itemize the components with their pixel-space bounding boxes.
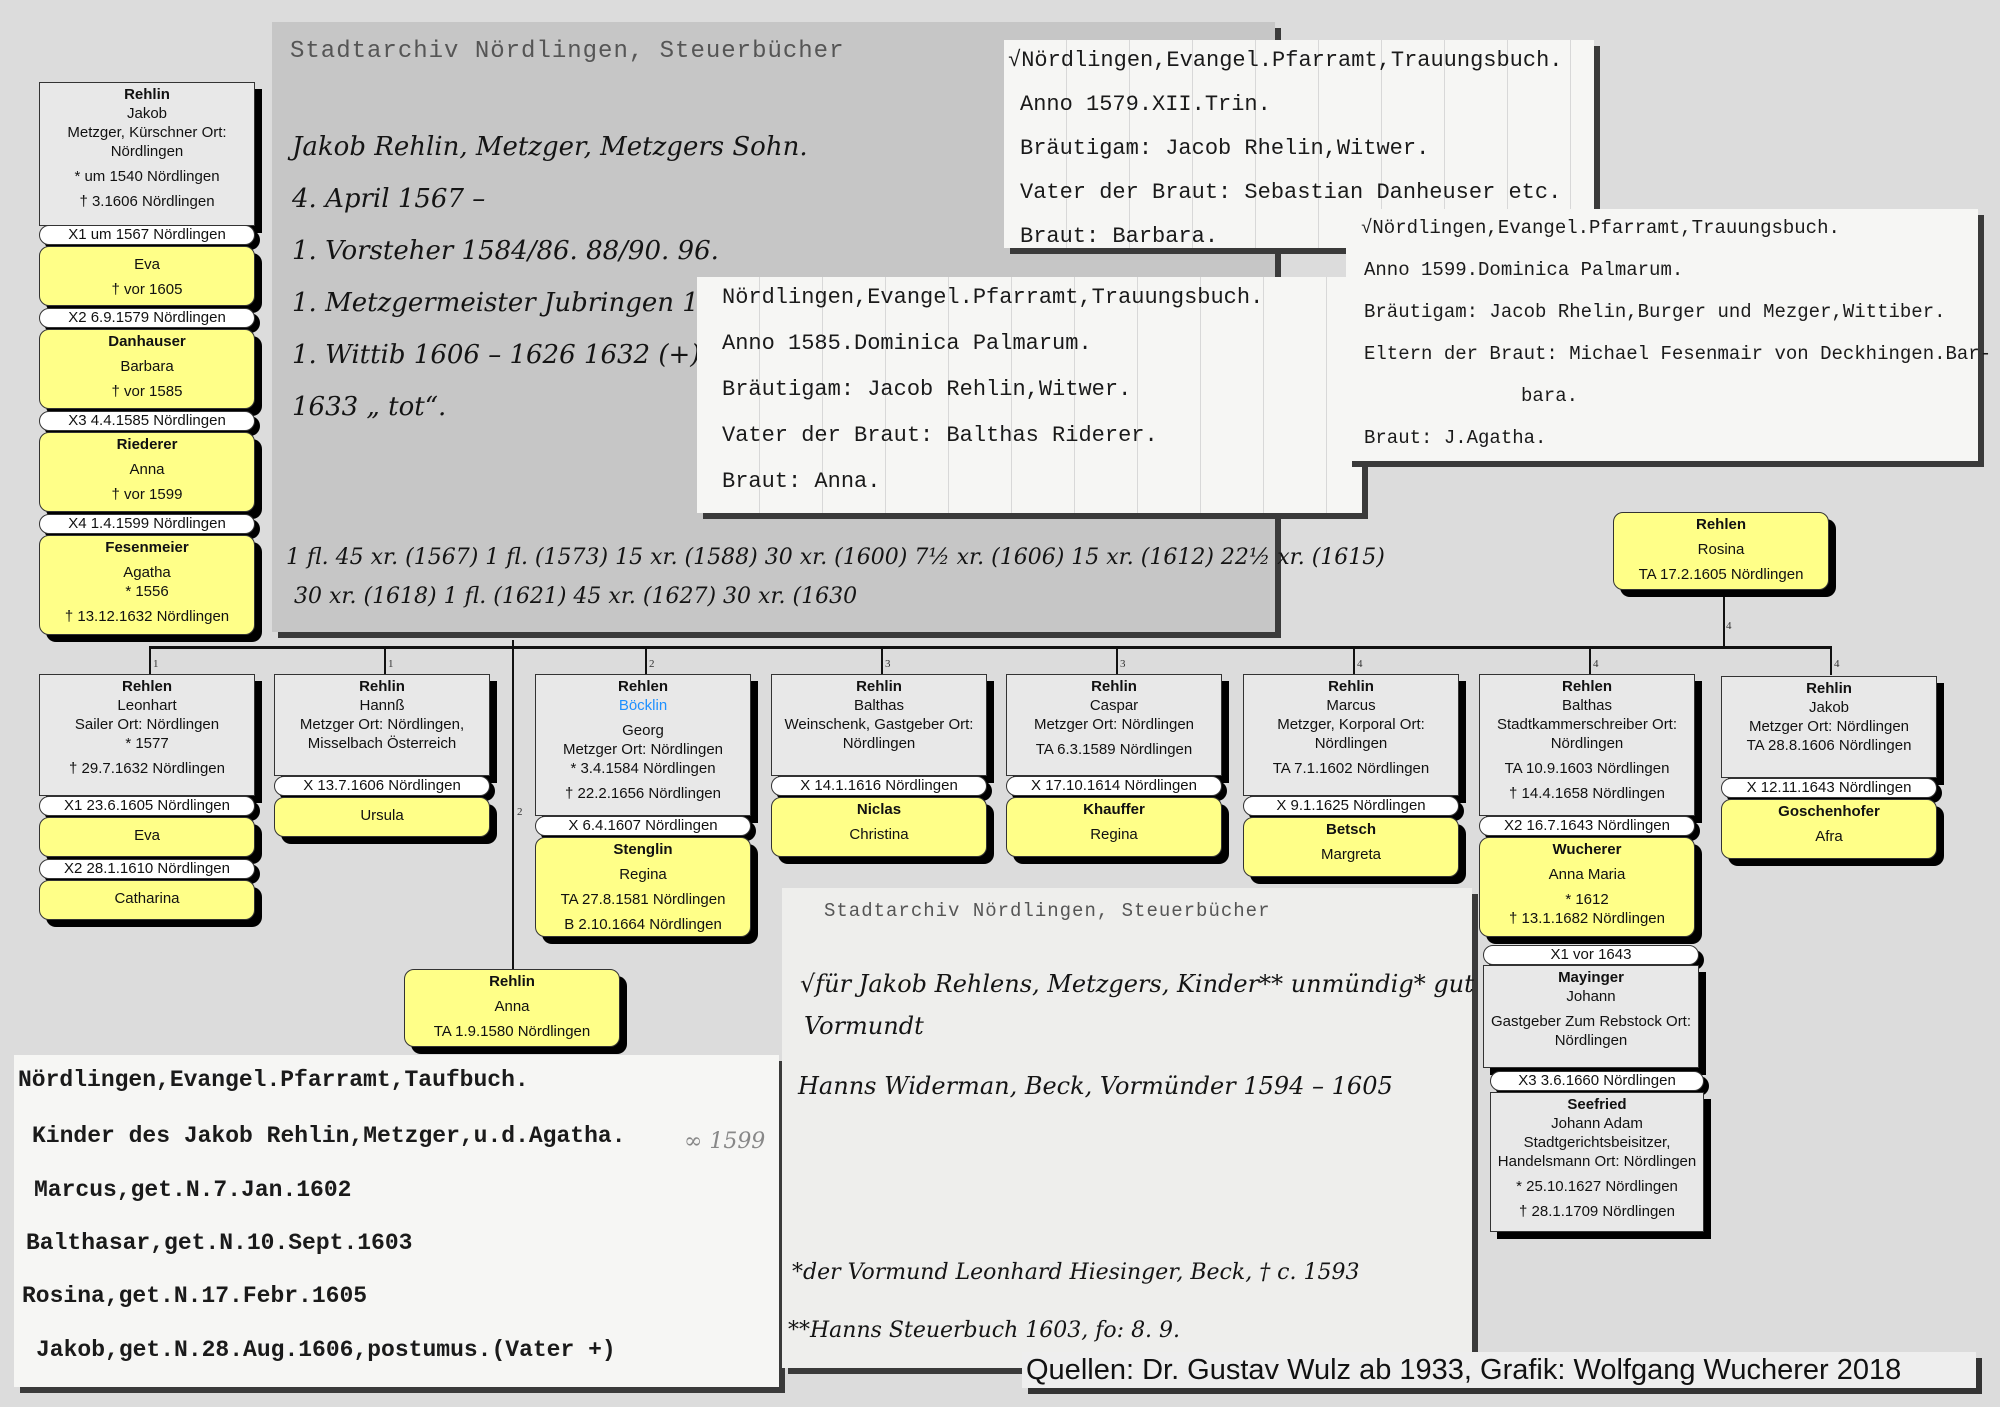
- given-name: Caspar: [1011, 696, 1217, 715]
- person-root-jakob[interactable]: Rehlin Jakob Metzger, Kürschner Ort: Nör…: [39, 82, 255, 226]
- given-name: Hannß: [279, 696, 485, 715]
- given-name: Johann Adam: [1495, 1114, 1699, 1133]
- source-credit: Quellen: Dr. Gustav Wulz ab 1933, Grafik…: [1022, 1352, 1976, 1388]
- occupation: Metzger Ort: Nördlingen, Misselbach Öste…: [279, 715, 485, 753]
- archive-header: Stadtarchiv Nördlingen, Steuerbücher: [290, 38, 844, 65]
- surname: Rehlin: [1248, 677, 1454, 696]
- marriage-number: 2: [649, 658, 655, 670]
- marriage-number: 4: [1593, 658, 1599, 670]
- surname: Rehlen: [1484, 677, 1690, 696]
- given-name: Catharina: [44, 889, 250, 908]
- surname: Rehlen: [540, 677, 746, 696]
- footnote-line: **Hanns Steuerbuch 1603, fo: 8. 9.: [788, 1318, 1180, 1343]
- given-name: Balthas: [776, 696, 982, 715]
- marriage-note: ∞ 1599: [684, 1129, 765, 1154]
- spouse-box[interactable]: Goschenhofer Afra: [1721, 799, 1937, 859]
- record-line: Balthasar,get.N.10.Sept.1603: [26, 1230, 412, 1256]
- footnote-line: *der Vormund Leonhard Hiesinger, Beck, †…: [792, 1260, 1359, 1285]
- given-name: Georg: [540, 721, 746, 740]
- person-caspar[interactable]: Rehlin Caspar Metzger Ort: Nördlingen TA…: [1006, 674, 1222, 776]
- sibling-line: [149, 646, 1832, 649]
- marriage-label: X2 28.1.1610 Nördlingen: [39, 859, 255, 879]
- given-name: Christina: [776, 825, 982, 844]
- surname: Betsch: [1248, 820, 1454, 839]
- record-line: Bräutigam: Jacob Rhelin,Burger und Mezge…: [1364, 301, 1946, 323]
- given-name: Balthas: [1484, 696, 1690, 715]
- surname: Rehlin: [409, 972, 615, 991]
- spouse-box[interactable]: Ursula: [274, 797, 490, 837]
- child-connector: [1116, 647, 1118, 675]
- person-georg[interactable]: Rehlen Böcklin Georg Metzger Ort: Nördli…: [535, 674, 751, 816]
- record-line: Eltern der Braut: Michael Fesenmair von …: [1364, 343, 1991, 365]
- given-name: Anna: [44, 460, 250, 479]
- marriage-label: X2 16.7.1643 Nördlingen: [1479, 816, 1695, 836]
- record-line: bara.: [1521, 385, 1578, 407]
- death: † 14.4.1658 Nördlingen: [1484, 784, 1690, 803]
- marriage-label: X1 um 1567 Nördlingen: [39, 225, 255, 245]
- handwritten-line: 1. Wittib 1606 – 1626 1632 (+): [292, 340, 700, 370]
- record-line: Anno 1599.Dominica Palmarum.: [1364, 259, 1683, 281]
- birth: * 1556: [44, 582, 250, 601]
- baptism-record: Nördlingen,Evangel.Pfarramt,Taufbuch. Ki…: [14, 1055, 779, 1387]
- death: † 29.7.1632 Nördlingen: [44, 759, 250, 778]
- marriage-record-1599: √Nördlingen,Evangel.Pfarramt,Trauungsbuc…: [1346, 209, 1978, 461]
- spouse-box[interactable]: Fesenmeier Agatha * 1556 † 13.12.1632 Nö…: [39, 535, 255, 635]
- birth: * 1577: [44, 734, 250, 753]
- occupation: Metzger, Korporal Ort: Nördlingen: [1248, 715, 1454, 753]
- given-name: Marcus: [1248, 696, 1454, 715]
- record-line: Braut: Barbara.: [1020, 224, 1218, 249]
- given-name: Afra: [1726, 827, 1932, 846]
- marriage-label: X4 1.4.1599 Nördlingen: [39, 514, 255, 534]
- spouse-box[interactable]: Eva: [39, 817, 255, 857]
- marriage-number: 3: [885, 658, 891, 670]
- child-connector: [645, 647, 647, 675]
- given-name: Jakob: [44, 104, 250, 123]
- surname: Seefried: [1495, 1095, 1699, 1114]
- baptism: TA 7.1.1602 Nördlingen: [1248, 759, 1454, 778]
- surname: Fesenmeier: [44, 538, 250, 557]
- alias-name: Böcklin: [540, 696, 746, 715]
- given-name: Johann: [1488, 987, 1694, 1006]
- child-connector: [149, 647, 151, 675]
- given-name: Margreta: [1248, 845, 1454, 864]
- marriage-number: 1: [388, 658, 394, 670]
- given-name: Rosina: [1618, 540, 1824, 559]
- life-data: † vor 1599: [44, 485, 250, 504]
- death: † 3.1606 Nördlingen: [44, 192, 250, 211]
- life-data: † vor 1585: [44, 382, 250, 401]
- handwritten-line: Vormundt: [804, 1012, 924, 1040]
- marriage-number: 4: [1726, 620, 1732, 632]
- marriage-label: X2 6.9.1579 Nördlingen: [39, 308, 255, 328]
- death: † 13.1.1682 Nördlingen: [1484, 909, 1690, 928]
- spouse-box[interactable]: Niclas Christina: [771, 797, 987, 857]
- given-name: Agatha: [44, 563, 250, 582]
- handwritten-line: 1633 „ tot“.: [292, 392, 446, 422]
- occupation: Gastgeber Zum Rebstock Ort: Nördlingen: [1488, 1012, 1694, 1050]
- given-name: Leonhart: [44, 696, 250, 715]
- record-line: Braut: J.Agatha.: [1364, 427, 1546, 449]
- baptism: TA 6.3.1589 Nördlingen: [1011, 740, 1217, 759]
- person-anna[interactable]: Rehlin Anna TA 1.9.1580 Nördlingen: [404, 969, 620, 1047]
- marriage-number: 3: [1120, 658, 1126, 670]
- surname: Rehlen: [1618, 515, 1824, 534]
- child-connector: [881, 647, 883, 675]
- birth: * 25.10.1627 Nördlingen: [1495, 1177, 1699, 1196]
- child-connector: [384, 647, 386, 675]
- marriage-label: X3 3.6.1660 Nördlingen: [1490, 1071, 1704, 1091]
- surname: Rehlin: [776, 677, 982, 696]
- surname: Rehlen: [44, 677, 250, 696]
- handwritten-line: √für Jakob Rehlens, Metzgers, Kinder** u…: [800, 970, 1474, 998]
- spouse-box[interactable]: Khauffer Regina: [1006, 797, 1222, 857]
- connector-anna: [512, 640, 514, 976]
- surname: Stenglin: [540, 840, 746, 859]
- child-connector: [1589, 647, 1591, 675]
- record-line: Jakob,get.N.28.Aug.1606,postumus.(Vater …: [36, 1337, 616, 1363]
- record-line: Nördlingen,Evangel.Pfarramt,Taufbuch.: [18, 1067, 529, 1093]
- given-name: Ursula: [279, 806, 485, 825]
- record-line: Anno 1579.XII.Trin.: [1020, 92, 1271, 117]
- marriage-label: X3 4.4.1585 Nördlingen: [39, 411, 255, 431]
- child-connector: [1830, 647, 1832, 675]
- given-name: Anna Maria: [1484, 865, 1690, 884]
- connector-rosina: [1723, 588, 1725, 648]
- given-name: Anna: [409, 997, 615, 1016]
- baptism: TA 10.9.1603 Nördlingen: [1484, 759, 1690, 778]
- record-line: Nördlingen,Evangel.Pfarramt,Trauungsbuch…: [722, 285, 1263, 310]
- surname: Niclas: [776, 800, 982, 819]
- record-line: Braut: Anna.: [722, 469, 880, 494]
- marriage-number: 4: [1357, 658, 1363, 670]
- occupation: Metzger, Kürschner Ort: Nördlingen: [44, 123, 250, 161]
- surname: Wucherer: [1484, 840, 1690, 859]
- occupation: Metzger Ort: Nördlingen: [1726, 717, 1932, 736]
- tax-amounts-line-1: 1 fl. 45 xr. (1567) 1 fl. (1573) 15 xr. …: [286, 545, 1385, 570]
- marriage-label: X 13.7.1606 Nördlingen: [274, 776, 490, 796]
- record-line: Bräutigam: Jacob Rhelin,Witwer.: [1020, 136, 1429, 161]
- marriage-label: X 14.1.1616 Nördlingen: [771, 776, 987, 796]
- death: † 13.12.1632 Nördlingen: [44, 607, 250, 626]
- surname: Riederer: [44, 435, 250, 454]
- given-name: Barbara: [44, 357, 250, 376]
- spouse-box[interactable]: Danhauser Barbara † vor 1585: [39, 329, 255, 409]
- archive-header: Stadtarchiv Nördlingen, Steuerbücher: [824, 900, 1270, 922]
- marriage-label: X 12.11.1643 Nördlingen: [1721, 778, 1937, 798]
- surname: Mayinger: [1488, 968, 1694, 987]
- death: † 28.1.1709 Nördlingen: [1495, 1202, 1699, 1221]
- record-line: Bräutigam: Jacob Rehlin,Witwer.: [722, 377, 1131, 402]
- record-line: Vater der Braut: Sebastian Danheuser etc…: [1020, 180, 1561, 205]
- handwritten-line: 1. Metzgermeister Jubringen 1599.: [292, 288, 757, 318]
- birth: * 1612: [1484, 890, 1690, 909]
- surname: Rehlin: [1726, 679, 1932, 698]
- record-line: Anno 1585.Dominica Palmarum.: [722, 331, 1092, 356]
- spouse-box[interactable]: Betsch Margreta: [1243, 817, 1459, 877]
- surname: Rehlin: [1011, 677, 1217, 696]
- occupation: Sailer Ort: Nördlingen: [44, 715, 250, 734]
- occupation: Metzger Ort: Nördlingen: [540, 740, 746, 759]
- record-line: Kinder des Jakob Rehlin,Metzger,u.d.Agat…: [32, 1123, 626, 1149]
- marriage-label: X 6.4.1607 Nördlingen: [535, 816, 751, 836]
- surname: Danhauser: [44, 332, 250, 351]
- record-line: Vater der Braut: Balthas Riderer.: [722, 423, 1158, 448]
- baptism: TA 28.8.1606 Nördlingen: [1726, 736, 1932, 755]
- marriage-label: X 9.1.1625 Nördlingen: [1243, 796, 1459, 816]
- marriage-label: X 17.10.1614 Nördlingen: [1006, 776, 1222, 796]
- person-rosina[interactable]: Rehlen Rosina TA 17.2.1605 Nördlingen: [1613, 512, 1829, 590]
- given-name: Regina: [540, 865, 746, 884]
- record-line: Marcus,get.N.7.Jan.1602: [34, 1177, 351, 1203]
- baptism: TA 27.8.1581 Nördlingen: [540, 890, 746, 909]
- burial: B 2.10.1664 Nördlingen: [540, 915, 746, 934]
- baptism: TA 17.2.1605 Nördlingen: [1618, 565, 1824, 584]
- spouse-box[interactable]: Eva † vor 1605: [39, 246, 255, 306]
- spouse-box[interactable]: Mayinger Johann Gastgeber Zum Rebstock O…: [1483, 965, 1699, 1068]
- person-jakob-junior[interactable]: Rehlin Jakob Metzger Ort: Nördlingen TA …: [1721, 676, 1937, 778]
- record-line: √Nördlingen,Evangel.Pfarramt,Trauungsbuc…: [1361, 217, 1840, 239]
- marriage-number: 4: [1834, 658, 1840, 670]
- surname: Goschenhofer: [1726, 802, 1932, 821]
- surname: Rehlin: [279, 677, 485, 696]
- occupation: Stadtkammerschreiber Ort: Nördlingen: [1484, 715, 1690, 753]
- death: † 22.2.1656 Nördlingen: [540, 784, 746, 803]
- baptism: TA 1.9.1580 Nördlingen: [409, 1022, 615, 1041]
- tax-record-card-bottom: Stadtarchiv Nördlingen, Steuerbücher √fü…: [782, 888, 1472, 1368]
- given-name: Regina: [1011, 825, 1217, 844]
- spouse-box[interactable]: Catharina: [39, 880, 255, 920]
- tax-amounts-line-2: 30 xr. (1618) 1 fl. (1621) 45 xr. (1627)…: [294, 584, 857, 609]
- marriage-number: 2: [517, 806, 523, 818]
- person-marcus[interactable]: Rehlin Marcus Metzger, Korporal Ort: Nör…: [1243, 674, 1459, 796]
- life-data: † vor 1605: [44, 280, 250, 299]
- given-name: Jakob: [1726, 698, 1932, 717]
- spouse-box[interactable]: Stenglin Regina TA 27.8.1581 Nördlingen …: [535, 837, 751, 937]
- spouse-box[interactable]: Wucherer Anna Maria * 1612 † 13.1.1682 N…: [1479, 837, 1695, 937]
- birth: * um 1540 Nördlingen: [44, 167, 250, 186]
- handwritten-line: Hanns Widerman, Beck, Vormünder 1594 – 1…: [798, 1072, 1393, 1100]
- marriage-label: X1 vor 1643: [1483, 945, 1699, 965]
- surname: Rehlin: [44, 85, 250, 104]
- handwritten-line: 1. Vorsteher 1584/86. 88/90. 96.: [292, 236, 719, 266]
- given-name: Eva: [44, 255, 250, 274]
- given-name: Eva: [44, 826, 250, 845]
- person-balthas-weinschenk[interactable]: Rehlin Balthas Weinschenk, Gastgeber Ort…: [771, 674, 987, 776]
- surname: Khauffer: [1011, 800, 1217, 819]
- child-connector: [1353, 647, 1355, 675]
- person-balthas-stadtkammerschreiber[interactable]: Rehlen Balthas Stadtkammerschreiber Ort:…: [1479, 674, 1695, 816]
- birth: * 3.4.1584 Nördlingen: [540, 759, 746, 778]
- spouse-box[interactable]: Seefried Johann Adam Stadtgerichtsbeisit…: [1490, 1092, 1704, 1232]
- spouse-box[interactable]: Riederer Anna † vor 1599: [39, 432, 255, 512]
- occupation: Metzger Ort: Nördlingen: [1011, 715, 1217, 734]
- handwritten-line: 4. April 1567 –: [292, 184, 485, 214]
- marriage-label: X1 23.6.1605 Nördlingen: [39, 796, 255, 816]
- person-hannss[interactable]: Rehlin Hannß Metzger Ort: Nördlingen, Mi…: [274, 674, 490, 776]
- handwritten-line: Jakob Rehlin, Metzger, Metzgers Sohn.: [292, 132, 808, 162]
- record-line: Rosina,get.N.17.Febr.1605: [22, 1283, 367, 1309]
- record-line: √Nördlingen,Evangel.Pfarramt,Trauungsbuc…: [1008, 48, 1563, 73]
- marriage-record-1585: Nördlingen,Evangel.Pfarramt,Trauungsbuch…: [697, 277, 1362, 513]
- occupation: Weinschenk, Gastgeber Ort: Nördlingen: [776, 715, 982, 753]
- occupation: Stadtgerichtsbeisitzer, Handelsmann Ort:…: [1495, 1133, 1699, 1171]
- marriage-number: 1: [153, 658, 159, 670]
- person-leonhart[interactable]: Rehlen Leonhart Sailer Ort: Nördlingen *…: [39, 674, 255, 796]
